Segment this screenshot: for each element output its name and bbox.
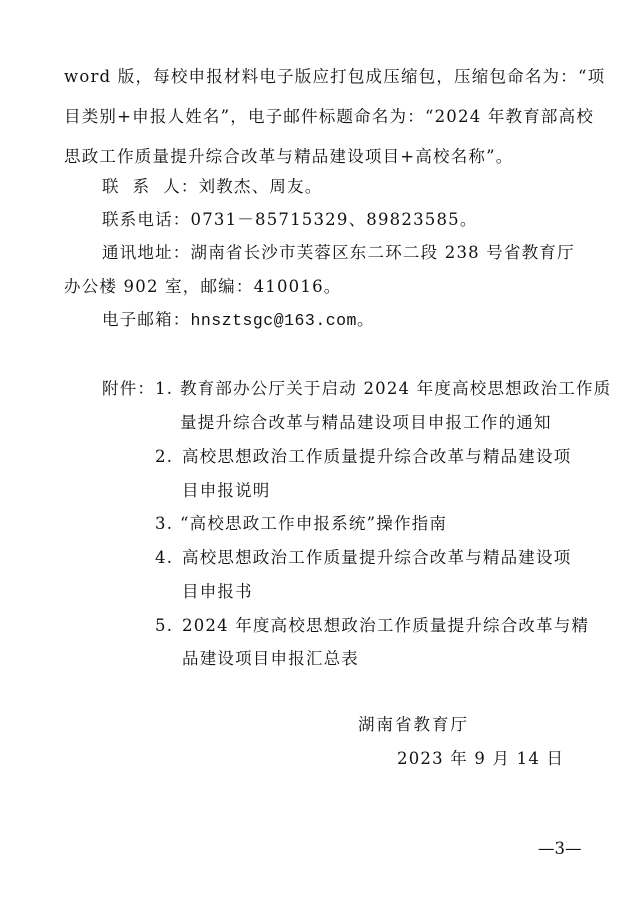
contact-email-suffix: 。 <box>357 310 375 329</box>
attachment-4-number: 4. <box>155 547 173 569</box>
attachment-2-title-line1: 高校思想政治工作质量提升综合改革与精品建设项 <box>182 446 571 468</box>
contact-phone-value: 0731－85715329、89823585。 <box>191 210 478 229</box>
paragraph-line-2: 目类别+申报人姓名”，电子邮件标题命名为：“2024 年教育部高校 <box>64 106 579 128</box>
attachment-4-title-line2: 目申报书 <box>182 581 253 603</box>
attachment-3-title-line1: “高校思政工作申报系统”操作指南 <box>180 513 447 535</box>
attachment-2-title-line2: 目申报说明 <box>182 480 271 502</box>
contact-phone: 联系电话：0731－85715329、89823585。 <box>102 209 478 231</box>
attachments-label: 附件： <box>102 378 155 400</box>
signature-date: 2023 年 9 月 14 日 <box>397 748 564 770</box>
attachment-2-number: 2. <box>155 446 173 468</box>
attachment-5-title-line1: 2024 年度高校思想政治工作质量提升综合改革与精 <box>182 615 589 637</box>
attachment-5-title-line2: 品建设项目申报汇总表 <box>182 648 359 670</box>
signature-organization: 湖南省教育厅 <box>358 714 469 736</box>
contact-phone-label: 联系电话： <box>102 210 191 229</box>
paragraph-line-3: 思政工作质量提升综合改革与精品建设项目+高校名称”。 <box>64 146 513 168</box>
contact-address-label: 通讯地址： <box>102 243 191 262</box>
contact-person: 联 系 人：刘教杰、周友。 <box>102 176 323 198</box>
attachment-1-title-line2: 量提升综合改革与精品建设项目申报工作的通知 <box>180 412 552 434</box>
attachment-1-number: 1. <box>155 378 173 400</box>
contact-person-label: 联 系 人： <box>102 177 199 196</box>
page-number: —3— <box>538 838 582 860</box>
attachment-5-number: 5. <box>155 615 173 637</box>
contact-address-value-line1: 湖南省长沙市芙蓉区东二环二段 238 号省教育厅 <box>191 243 575 262</box>
document-page: word 版，每校申报材料电子版应打包成压缩包，压缩包命名为：“项 目类别+申报… <box>0 0 640 898</box>
contact-person-value: 刘教杰、周友。 <box>199 177 323 196</box>
contact-email-value[interactable]: hnsztsgc@163.com <box>191 311 357 330</box>
contact-email: 电子邮箱：hnsztsgc@163.com。 <box>102 309 375 332</box>
attachment-1-title-line1: 教育部办公厅关于启动 2024 年度高校思想政治工作质 <box>180 378 611 400</box>
attachment-3-number: 3. <box>155 513 173 535</box>
attachment-4-title-line1: 高校思想政治工作质量提升综合改革与精品建设项 <box>182 547 571 569</box>
contact-email-label: 电子邮箱： <box>102 310 191 329</box>
paragraph-line-1: word 版，每校申报材料电子版应打包成压缩包，压缩包命名为：“项 <box>64 66 579 88</box>
contact-address-value-line2: 办公楼 902 室，邮编：410016。 <box>64 276 341 298</box>
contact-address: 通讯地址：湖南省长沙市芙蓉区东二环二段 238 号省教育厅 <box>102 242 575 264</box>
